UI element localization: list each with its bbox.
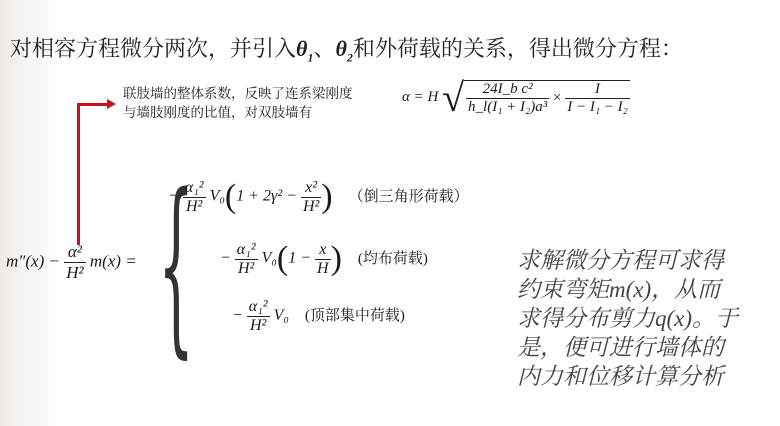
alpha-frac2-num: I <box>565 81 630 99</box>
case-label: （倒三角形荷载） <box>349 189 469 205</box>
title-text-2: 和外荷载的关系，得出微分方程： <box>353 36 683 61</box>
conclusion-line: 内力和位移计算分析 <box>517 362 777 391</box>
theta2-symbol: θ2 <box>335 36 352 61</box>
alpha-frac1-num: 24I_b c² <box>466 81 549 99</box>
case-inverted-triangle: − α₁²H² V₀(1 + 2γ² − x²H²) （倒三角形荷载） <box>168 178 469 216</box>
conclusion-line: 求得分布剪力q(x)。于 <box>517 304 777 333</box>
lhs-part2: m(x) = <box>90 251 137 270</box>
slide-title: 对相容方程微分两次，并引入θ1、θ2和外荷载的关系，得出微分方程： <box>10 32 683 65</box>
case-label: (顶部集中荷载) <box>305 308 405 324</box>
conclusion-line: 是，便可进行墙体的 <box>517 333 777 362</box>
lhs-frac-den: H² <box>64 263 85 283</box>
case-uniform: − α₁²H² V₀(1 − xH) (均布荷载) <box>220 240 428 278</box>
alpha-formula: α = H √ 24I_b c²h_l(I₁ + I₂)a³ × II − I₁… <box>402 74 630 121</box>
red-arrow-horizontal <box>77 103 109 106</box>
equation-lhs: m″(x) − α²H² m(x) = <box>6 242 137 283</box>
lhs-frac-num: α² <box>64 242 85 263</box>
conclusion-line: 约束弯矩m(x)，从而 <box>517 275 777 304</box>
title-text-1: 对相容方程微分两次，并引入 <box>10 36 296 61</box>
alpha-frac1-den: h_l(I₁ + I₂)a³ <box>466 99 549 116</box>
conclusion-text: 求解微分方程可求得 约束弯矩m(x)，从而 求得分布剪力q(x)。于 是，便可进… <box>517 246 777 391</box>
theta1-symbol: θ1 <box>296 36 313 61</box>
case-label: (均布荷载) <box>358 251 428 267</box>
coefficient-note: 联肢墙的整体系数，反映了连系梁刚度 与墙肢刚度的比值，对双肢墙有 <box>123 84 353 122</box>
sqrt-radicand: 24I_b c²h_l(I₁ + I₂)a³ × II − I₁ − I₂ <box>464 80 630 116</box>
red-arrow-vertical <box>77 103 80 245</box>
alpha-frac2-den: I − I₁ − I₂ <box>565 99 630 116</box>
separator: 、 <box>313 36 335 61</box>
alpha-lhs: α = H <box>402 89 438 105</box>
times-sign: × <box>553 89 561 105</box>
conclusion-line: 求解微分方程可求得 <box>517 246 777 275</box>
lhs-part1: m″(x) − <box>6 251 60 270</box>
note-line-1: 联肢墙的整体系数，反映了连系梁刚度 <box>123 84 353 103</box>
arrow-head-icon <box>107 99 116 109</box>
case-top-concentrated: − α₁²H² V₀ (顶部集中荷载) <box>232 298 405 335</box>
note-line-2: 与墙肢刚度的比值，对双肢墙有 <box>123 103 353 122</box>
